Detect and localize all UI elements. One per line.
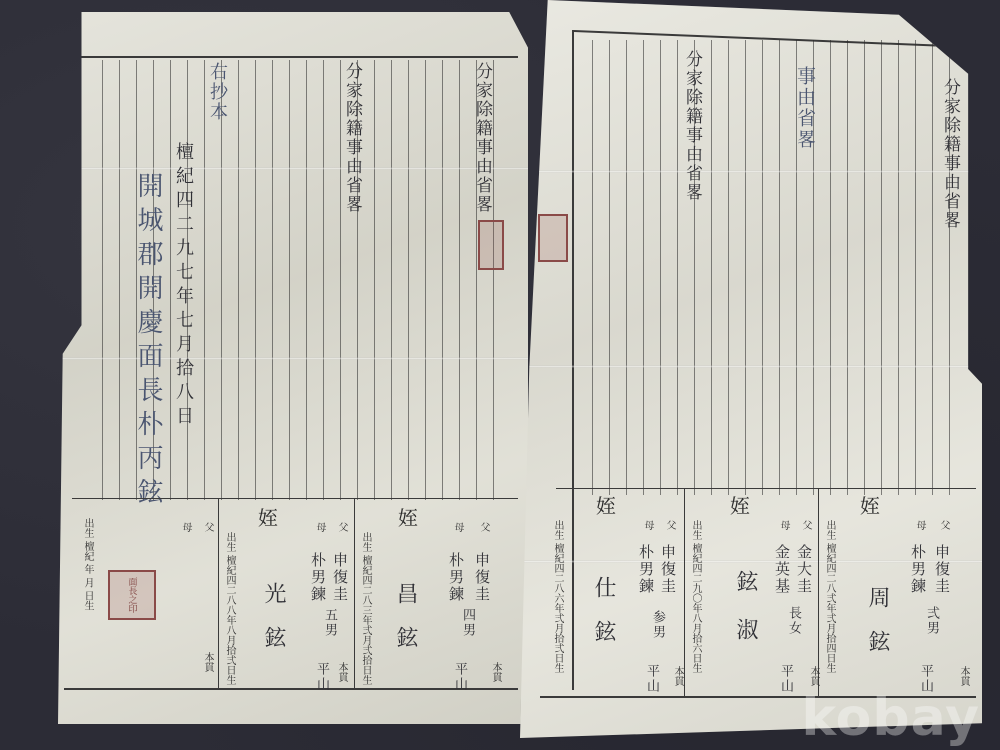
mother-name: 金英基 bbox=[772, 544, 793, 595]
top-border-line bbox=[80, 56, 518, 58]
origin-label: 本貫 bbox=[670, 666, 685, 686]
relation-header: 姪 bbox=[730, 490, 750, 519]
birth-label: 出生 檀紀四二八三年弍月弍拾日生 bbox=[358, 532, 373, 685]
father-label: 父 bbox=[200, 522, 215, 532]
table-top-line bbox=[556, 488, 976, 489]
relation-header: 姪 bbox=[860, 490, 880, 519]
mother-label: 母 bbox=[312, 522, 327, 532]
mother-name: 朴男鍊 bbox=[636, 544, 657, 595]
birth-label: 出生 檀紀四二八六年弍月拾弍日生 bbox=[550, 520, 565, 673]
mother-label: 母 bbox=[776, 520, 791, 530]
date-column: 檀紀四二九七年七月拾八日 bbox=[170, 142, 196, 430]
ruled-columns bbox=[576, 40, 966, 495]
note-column: 分家除籍事由省畧 bbox=[470, 62, 495, 214]
person-name: 周鉉 bbox=[862, 586, 893, 674]
father-name: 申復圭 bbox=[932, 544, 953, 595]
fold-crease bbox=[58, 167, 528, 170]
fold-crease bbox=[520, 365, 982, 368]
father-label: 父 bbox=[936, 520, 951, 530]
father-label: 父 bbox=[476, 522, 491, 532]
origin-label: 本貫 bbox=[806, 666, 821, 686]
mother-label: 母 bbox=[912, 520, 927, 530]
copy-note: 右抄本 bbox=[204, 62, 230, 122]
origin-label: 本貫 bbox=[334, 662, 349, 682]
fold-crease bbox=[520, 170, 982, 173]
father-name: 申復圭 bbox=[330, 552, 351, 603]
note-column: 分家除籍事由省畧 bbox=[680, 50, 705, 202]
father-label: 父 bbox=[798, 520, 813, 530]
mother-label: 母 bbox=[450, 522, 465, 532]
official-seal: 面長之印 bbox=[108, 570, 156, 620]
mother-name: 朴男鍊 bbox=[446, 552, 467, 603]
child-order: 参男 bbox=[648, 610, 667, 640]
origin-label: 本貫 bbox=[200, 652, 215, 672]
birth-label: 出生 檀紀四二八弍年弍月拾四日生 bbox=[822, 520, 837, 673]
mother-label: 母 bbox=[178, 522, 193, 532]
person-name: 昌鉉 bbox=[390, 582, 421, 670]
watermark-logo: kobay bbox=[801, 688, 980, 748]
person-name: 仕鉉 bbox=[588, 576, 619, 664]
origin-label: 本貫 bbox=[956, 666, 971, 686]
red-seal-stamp bbox=[538, 214, 568, 262]
note-column: 分家除籍事由省畧 bbox=[340, 62, 365, 214]
origin-label: 本貫 bbox=[488, 662, 503, 682]
child-order: 五男 bbox=[320, 608, 339, 638]
table-top-line bbox=[72, 498, 518, 499]
father-label: 父 bbox=[334, 522, 349, 532]
birth-label: 出生 檀紀 年 月 日生 bbox=[80, 518, 95, 611]
note-column: 分家除籍事由省畧 bbox=[938, 78, 963, 230]
child-order: 長女 bbox=[784, 606, 803, 636]
person-name: 光鉉 bbox=[258, 582, 289, 670]
birth-label: 出生 檀紀四二八八年八月拾弍日生 bbox=[222, 532, 237, 685]
fold-crease bbox=[58, 357, 528, 360]
father-name: 申復圭 bbox=[472, 552, 493, 603]
father-name: 申復圭 bbox=[658, 544, 679, 595]
left-border-line bbox=[572, 30, 574, 690]
relation-header: 姪 bbox=[596, 490, 616, 519]
father-name: 金大圭 bbox=[794, 544, 815, 595]
block-divider bbox=[684, 488, 685, 696]
origin-value: 平山 bbox=[776, 664, 795, 694]
mother-label: 母 bbox=[640, 520, 655, 530]
office-column: 開城郡開慶面長朴丙鉉 bbox=[130, 172, 167, 512]
right-document-sheet: 分家除籍事由省畧 事由省畧 分家除籍事由省畧 姪 出生 檀紀四二八六年弍月拾弍日… bbox=[520, 0, 982, 738]
father-label: 父 bbox=[662, 520, 677, 530]
red-seal-stamp bbox=[478, 220, 504, 270]
stamp-note: 事由省畧 bbox=[792, 66, 819, 150]
block-divider bbox=[354, 498, 355, 688]
mother-name: 朴男鍊 bbox=[308, 552, 329, 603]
block-divider bbox=[818, 488, 819, 696]
birth-label: 出生 檀紀四二九〇年八月拾六日生 bbox=[688, 520, 703, 673]
child-order: 弍男 bbox=[922, 606, 941, 636]
left-document-sheet: 分家除籍事由省畧 分家除籍事由省畧 右抄本 檀紀四二九七年七月拾八日 開城郡開慶… bbox=[58, 12, 528, 724]
relation-header: 姪 bbox=[398, 502, 418, 531]
origin-value: 平山 bbox=[450, 662, 469, 692]
person-name: 鉉淑 bbox=[730, 570, 761, 666]
origin-value: 平山 bbox=[312, 662, 331, 692]
mother-name: 朴男鍊 bbox=[908, 544, 929, 595]
origin-value: 平山 bbox=[642, 664, 661, 694]
child-order: 四男 bbox=[458, 608, 477, 638]
relation-header: 姪 bbox=[258, 502, 278, 531]
block-divider bbox=[218, 498, 219, 688]
